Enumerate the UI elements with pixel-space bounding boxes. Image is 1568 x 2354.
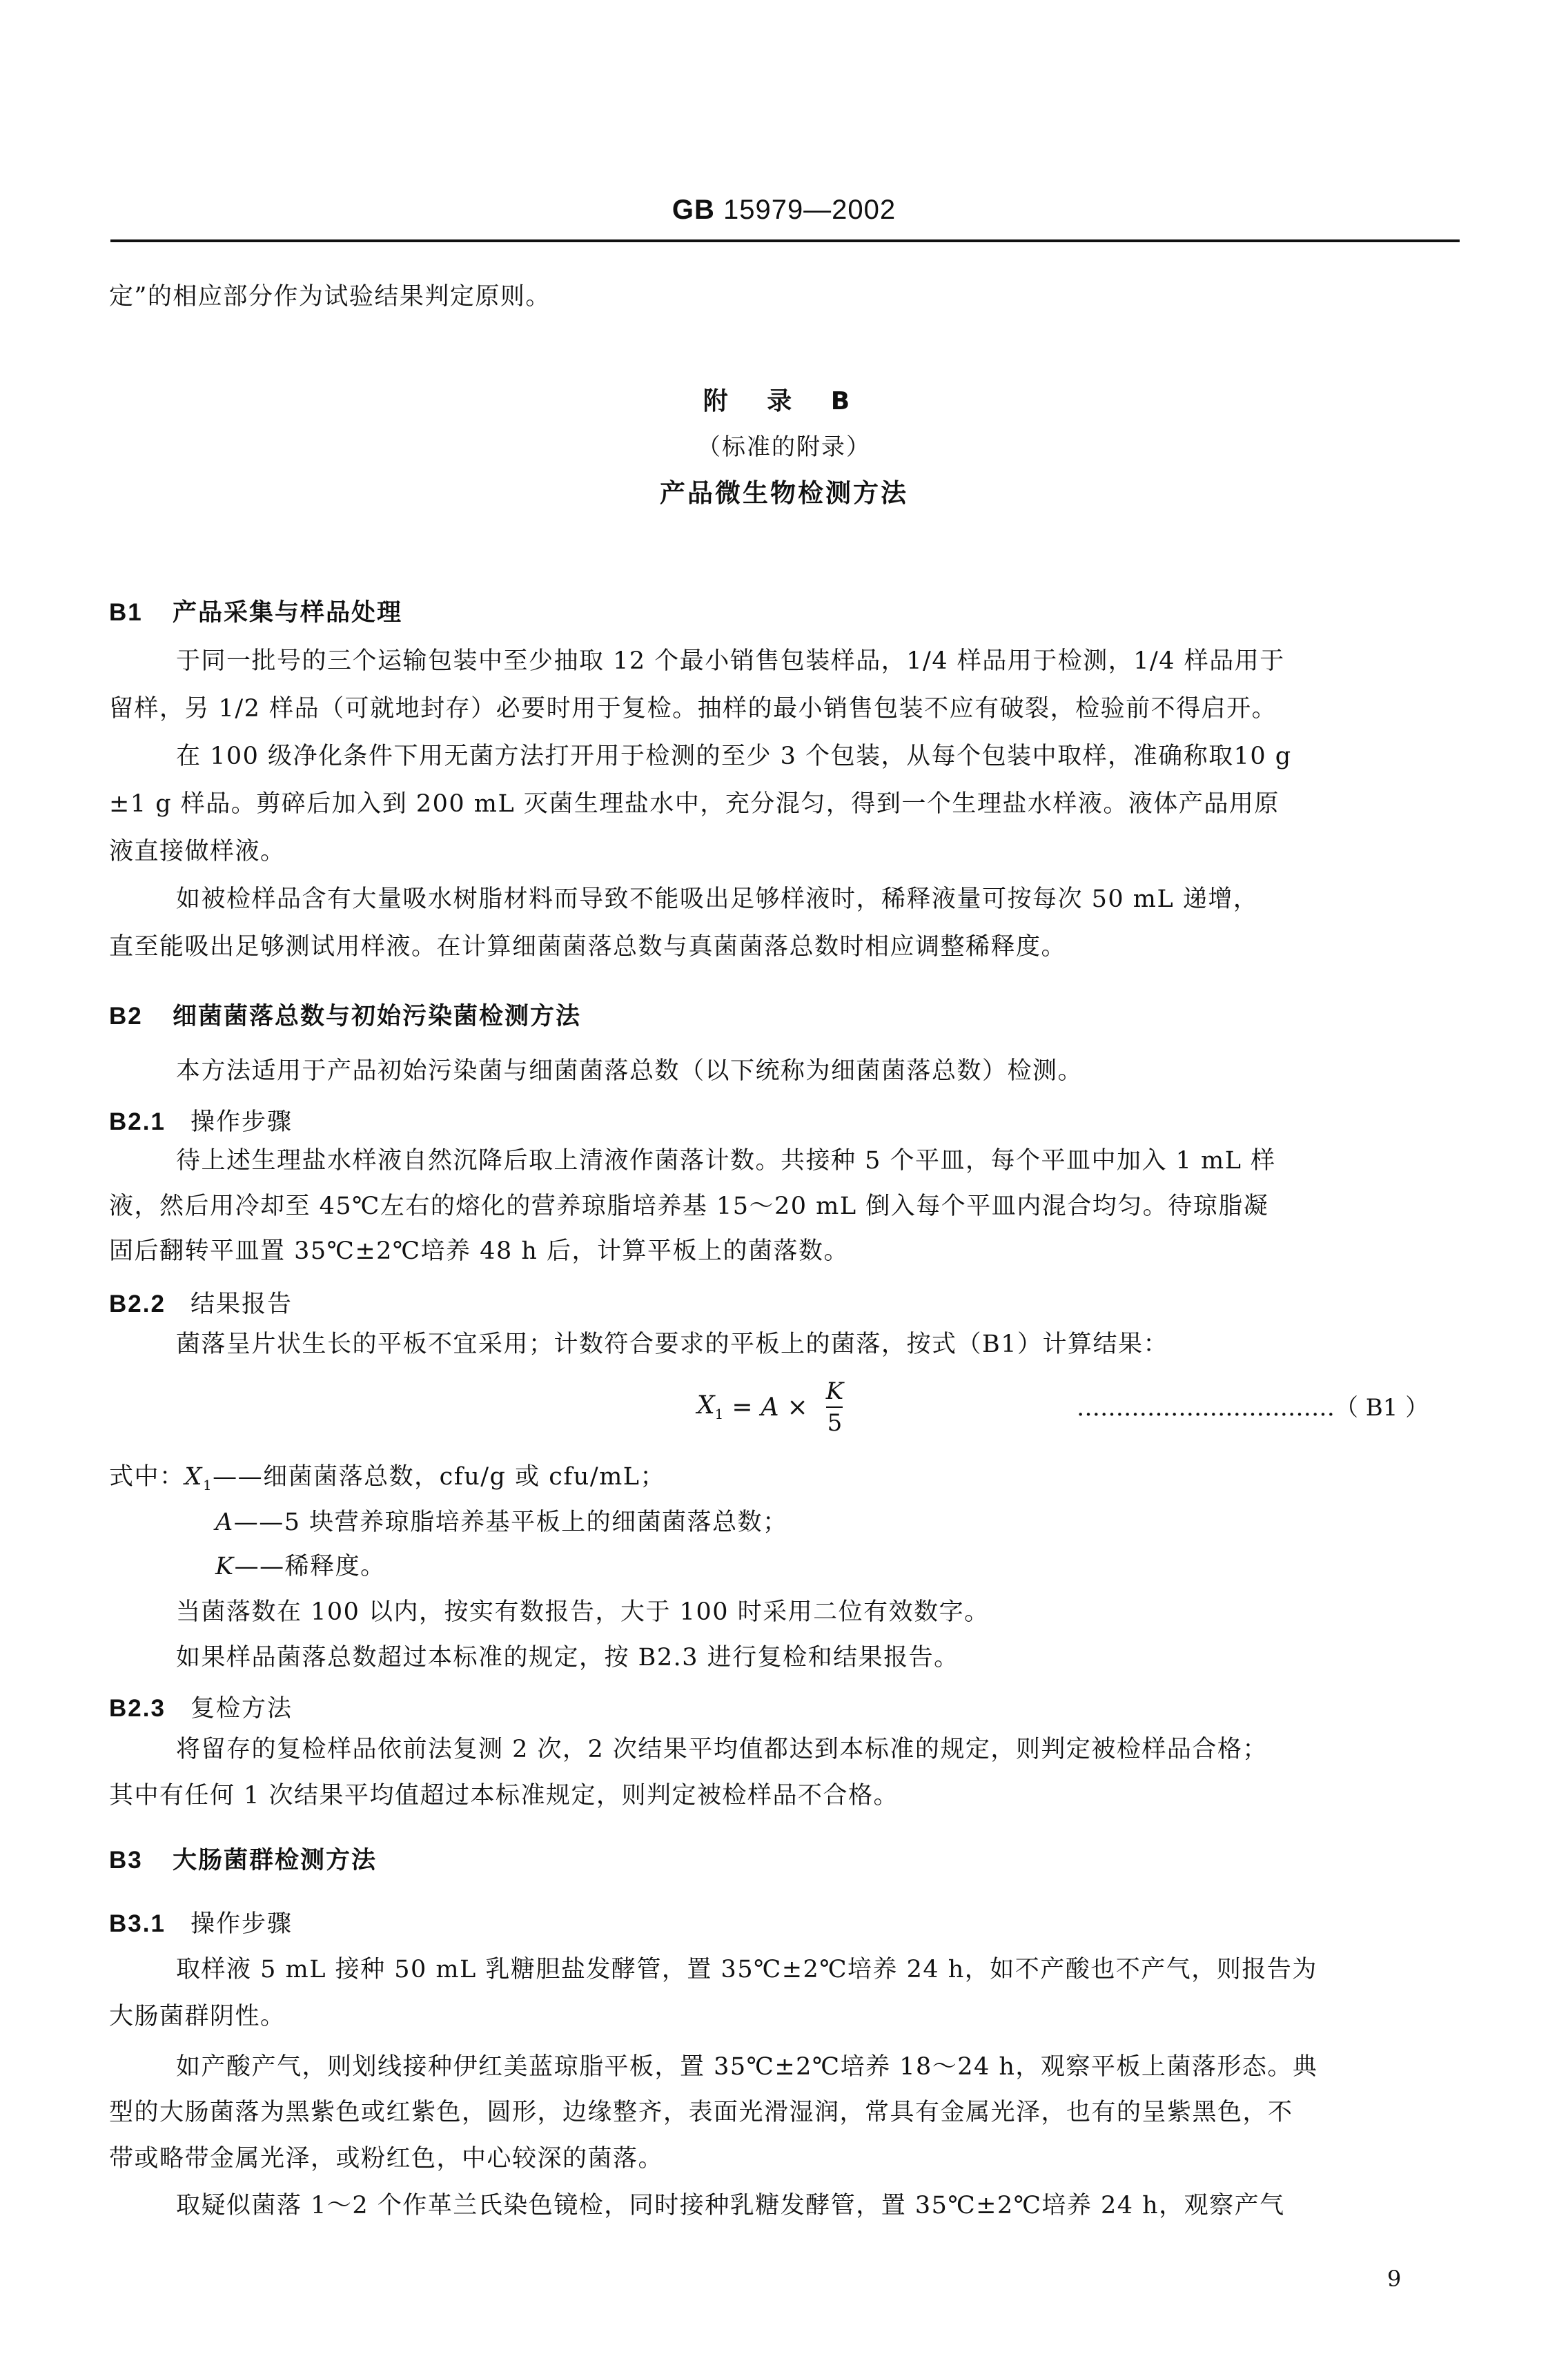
subsection-heading-b2-3: B2.3复检方法 xyxy=(109,1689,293,1724)
section-number: B3 xyxy=(109,1847,173,1874)
running-header: GB 15979—2002 xyxy=(0,195,1568,226)
paragraph-line: 留样，另 1/2 样品（可就地封存）必要时用于复检。抽样的最小销售包装不应有破裂… xyxy=(109,695,1462,723)
formula-fraction: K 5 xyxy=(826,1377,843,1437)
paragraph-line: 其中有任何 1 次结果平均值超过本标准规定，则判定被检样品不合格。 xyxy=(109,1782,1462,1809)
subsection-number: B2.1 xyxy=(109,1108,190,1136)
paragraph-line: 大肠菌群阴性。 xyxy=(109,2003,1462,2030)
section-heading-b2: B2细菌菌落总数与初始污染菌检测方法 xyxy=(109,997,581,1032)
page-number: 9 xyxy=(1387,2266,1401,2292)
subsection-number: B3.1 xyxy=(109,1910,190,1938)
variable-definition-k: K——稀释度。 xyxy=(215,1553,1568,1580)
paragraph-line: ±1 g 样品。剪碎后加入到 200 mL 灭菌生理盐水中，充分混匀，得到一个生… xyxy=(109,790,1462,818)
equation-reference: ……………………………（ B1 ） xyxy=(1077,1389,1429,1422)
formula-b1: X1 = A × K 5 xyxy=(697,1377,843,1437)
formula-lhs: X1 xyxy=(697,1391,723,1422)
paragraph-line: 当菌落数在 100 以内，按实有数报告，大于 100 时采用二位有效数字。 xyxy=(176,1598,1529,1626)
section-number: B2 xyxy=(109,1003,173,1030)
paragraph-line: 液，然后用冷却至 45℃左右的熔化的营养琼脂培养基 15～20 mL 倒入每个平… xyxy=(109,1193,1462,1220)
paragraph-line: 在 100 级净化条件下用无菌方法打开用于检测的至少 3 个包装，从每个包装中取… xyxy=(176,743,1462,770)
paragraph-line: 取疑似菌落 1～2 个作革兰氏染色镜检，同时接种乳糖发酵管，置 35℃±2℃培养… xyxy=(176,2192,1462,2219)
formula-equals: = xyxy=(732,1393,752,1422)
paragraph-line: 待上述生理盐水样液自然沉降后取上清液作菌落计数。共接种 5 个平皿，每个平皿中加… xyxy=(176,1147,1462,1175)
formula-times: × xyxy=(787,1393,808,1422)
paragraph-line: 菌落呈片状生长的平板不宜采用；计数符合要求的平板上的菌落，按式（B1）计算结果： xyxy=(176,1331,1529,1358)
paragraph-line: 本方法适用于产品初始污染菌与细菌菌落总数（以下统称为细菌菌落总数）检测。 xyxy=(176,1057,1529,1085)
fraction-denominator: 5 xyxy=(827,1409,843,1437)
continuation-text: 定”的相应部分作为试验结果判定原则。 xyxy=(109,283,1462,311)
paragraph-line: 液直接做样液。 xyxy=(109,838,1462,865)
section-heading-b3: B3大肠菌群检测方法 xyxy=(109,1841,377,1876)
subsection-heading-b2-2: B2.2结果报告 xyxy=(109,1285,293,1320)
paragraph-line: 如产酸产气，则划线接种伊红美蓝琼脂平板，置 35℃±2℃培养 18～24 h，观… xyxy=(176,2053,1462,2081)
paragraph-line: 于同一批号的三个运输包装中至少抽取 12 个最小销售包装样品，1/4 样品用于检… xyxy=(176,647,1462,675)
subsection-number: B2.3 xyxy=(109,1695,190,1723)
subsection-heading-b3-1: B3.1操作步骤 xyxy=(109,1905,293,1939)
subsection-title: 结果报告 xyxy=(190,1291,293,1318)
standard-code: GB xyxy=(672,195,715,225)
appendix-title: 附 录 B xyxy=(0,382,1568,417)
paragraph-line: 固后翻转平皿置 35℃±2℃培养 48 h 后，计算平板上的菌落数。 xyxy=(109,1237,1462,1265)
paragraph-line: 如被检样品含有大量吸水树脂材料而导致不能吸出足够样液时，稀释液量可按每次 50 … xyxy=(176,885,1462,913)
paragraph-line: 取样液 5 mL 接种 50 mL 乳糖胆盐发酵管，置 35℃±2℃培养 24 … xyxy=(176,1956,1462,1983)
appendix-subtitle: （标准的附录） xyxy=(0,428,1568,462)
paragraph-line: 型的大肠菌落为黑紫色或红紫色，圆形，边缘整齐，表面光滑湿润，常具有金属光泽，也有… xyxy=(109,2099,1462,2126)
subsection-heading-b2-1: B2.1操作步骤 xyxy=(109,1103,293,1137)
paragraph-line: 带或略带金属光泽，或粉红色，中心较深的菌落。 xyxy=(109,2145,1462,2172)
section-number: B1 xyxy=(109,599,173,627)
subsection-title: 操作步骤 xyxy=(190,1910,293,1938)
variable-definition-x1: 式中：X1——细菌菌落总数，cfu/g 或 cfu/mL； xyxy=(109,1463,1462,1499)
header-rule xyxy=(110,239,1460,242)
subsection-title: 复检方法 xyxy=(190,1695,293,1723)
fraction-bar xyxy=(826,1406,843,1408)
subsection-number: B2.2 xyxy=(109,1291,190,1318)
paragraph-line: 将留存的复检样品依前法复测 2 次，2 次结果平均值都达到本标准的规定，则判定被… xyxy=(176,1736,1462,1763)
paragraph-line: 直至能吸出足够测试用样液。在计算细菌菌落总数与真菌菌落总数时相应调整稀释度。 xyxy=(109,933,1462,961)
fraction-numerator: K xyxy=(826,1377,843,1405)
variable-definition-a: A——5 块营养琼脂培养基平板上的细菌菌落总数； xyxy=(215,1509,1568,1536)
subsection-title: 操作步骤 xyxy=(190,1108,293,1136)
section-title: 大肠菌群检测方法 xyxy=(173,1847,377,1874)
paragraph-line: 如果样品菌落总数超过本标准的规定，按 B2.3 进行复检和结果报告。 xyxy=(176,1644,1529,1671)
section-heading-b1: B1产品采集与样品处理 xyxy=(109,594,402,628)
section-title: 细菌菌落总数与初始污染菌检测方法 xyxy=(173,1003,581,1030)
section-title: 产品采集与样品处理 xyxy=(173,599,402,627)
formula-a: A xyxy=(761,1393,779,1422)
standard-number: 15979—2002 xyxy=(723,195,896,225)
appendix-name: 产品微生物检测方法 xyxy=(0,472,1568,509)
